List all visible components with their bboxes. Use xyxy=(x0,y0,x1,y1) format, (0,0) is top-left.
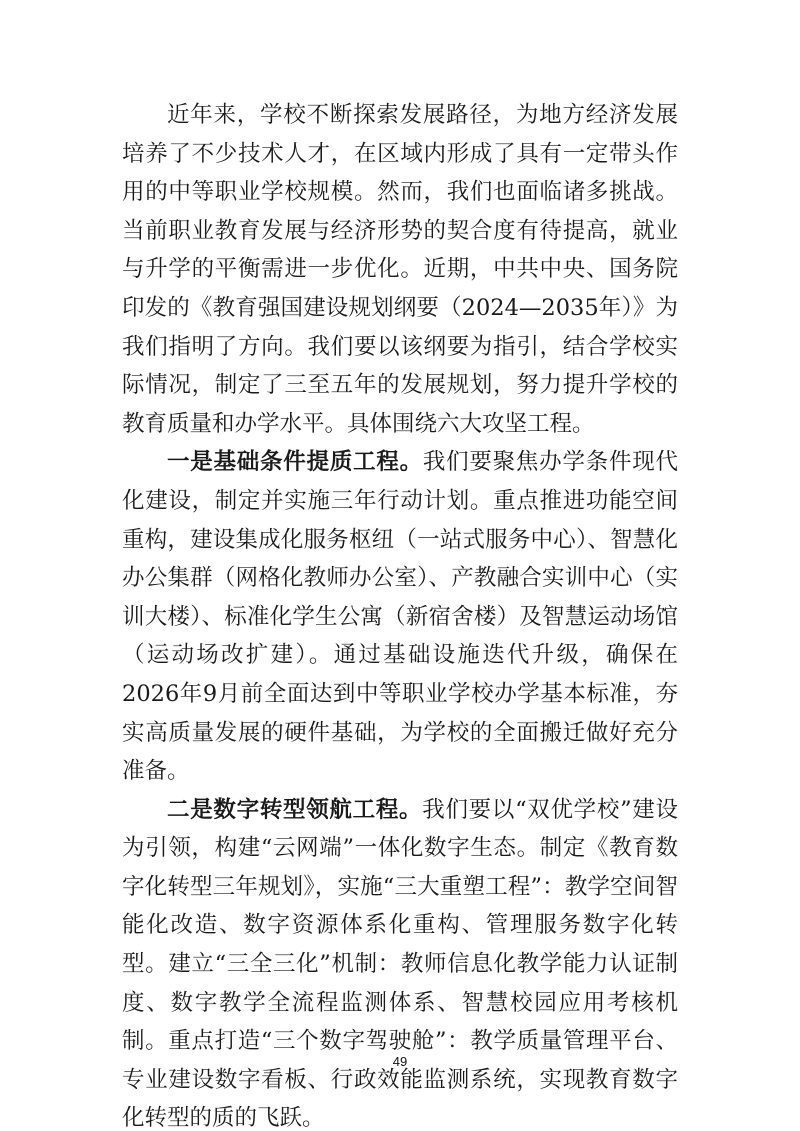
paragraph-infrastructure: 一是基础条件提质工程。我们要聚焦办学条件现代化建设，制定并实施三年行动计划。重点… xyxy=(122,443,678,790)
paragraph-text: 我们要聚焦办学条件现代化建设，制定并实施三年行动计划。重点推进功能空间重构，建设… xyxy=(122,449,678,784)
page-number: 49 xyxy=(0,1054,800,1069)
document-body: 近年来，学校不断探索发展路径，为地方经济发展培养了不少技术人才，在区域内形成了具… xyxy=(122,96,678,1131)
paragraph-lead: 二是数字转型领航工程。 xyxy=(167,797,422,823)
paragraph-digital-transformation: 二是数字转型领航工程。我们要以“双优学校”建设为引领，构建“云网端”一体化数字生… xyxy=(122,791,678,1131)
paragraph-text: 我们要以“双优学校”建设为引领，构建“云网端”一体化数字生态。制定《教育数字化转… xyxy=(122,797,678,1131)
paragraph-text: 近年来，学校不断探索发展路径，为地方经济发展培养了不少技术人才，在区域内形成了具… xyxy=(122,102,678,437)
paragraph-intro: 近年来，学校不断探索发展路径，为地方经济发展培养了不少技术人才，在区域内形成了具… xyxy=(122,96,678,443)
paragraph-lead: 一是基础条件提质工程。 xyxy=(167,449,423,475)
